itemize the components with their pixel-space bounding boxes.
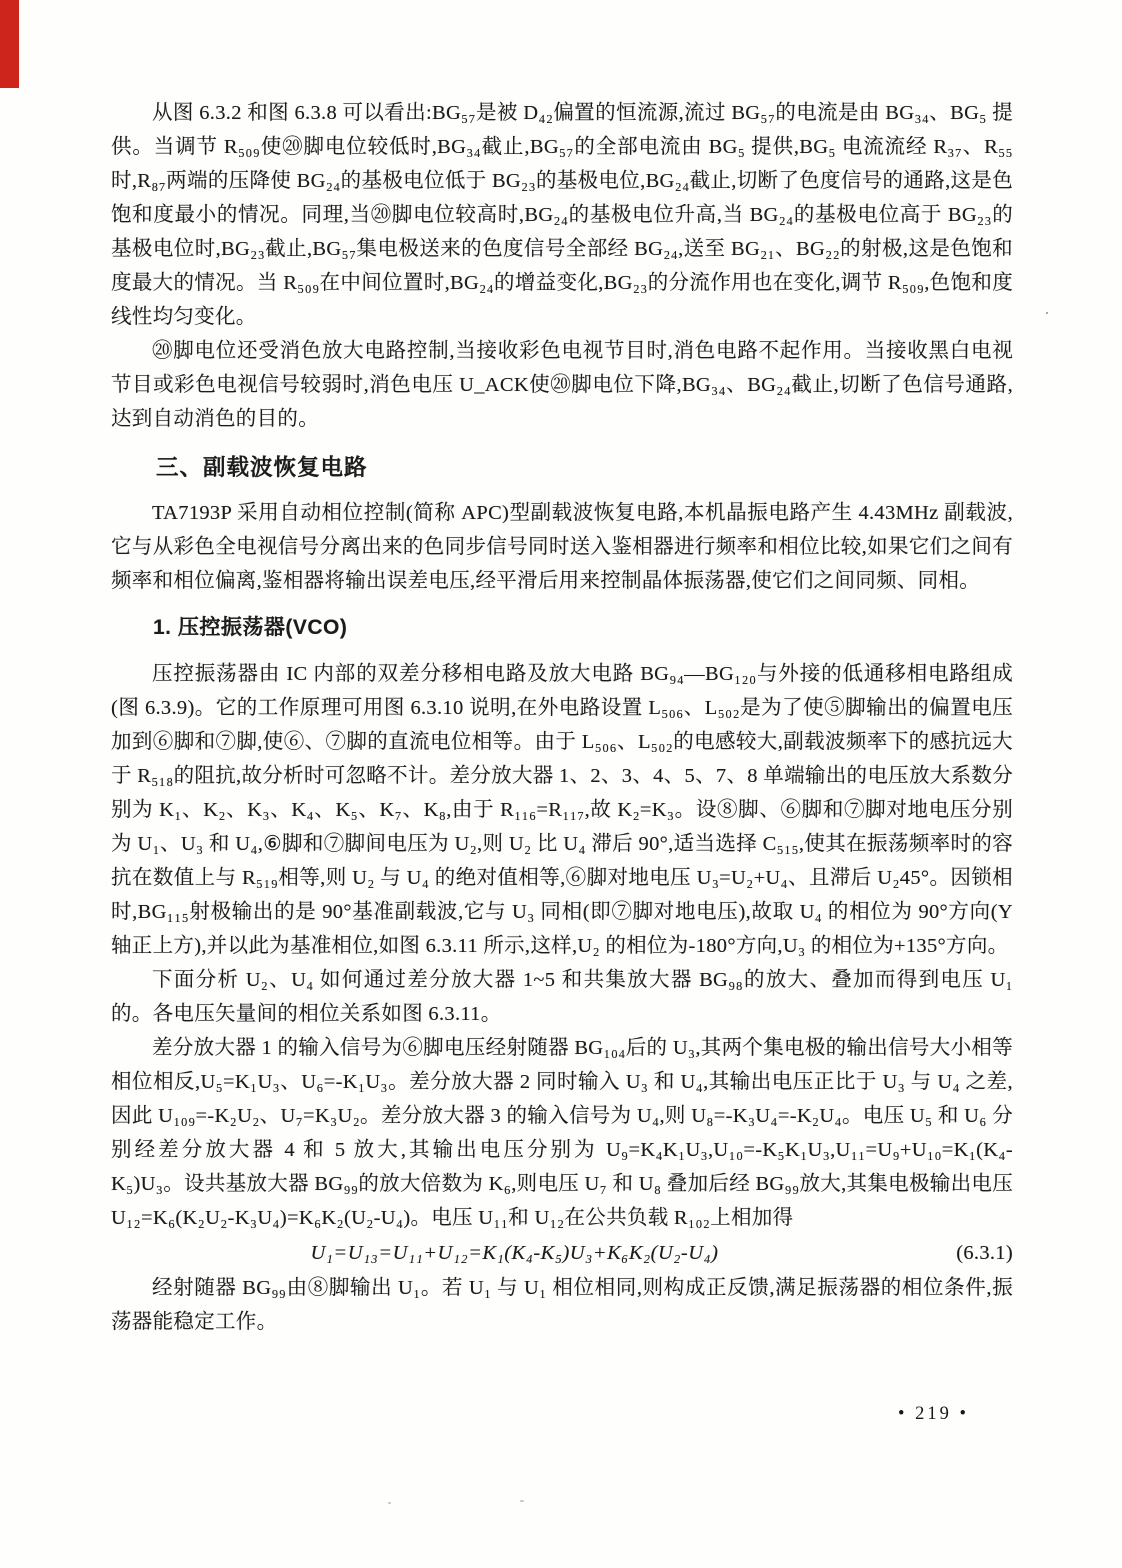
- scan-speckle: [388, 1502, 391, 1504]
- scan-red-mark: [0, 0, 19, 88]
- equation-row: U₁=U₁₃=U₁₁+U₁₂=K₁(K₄-K₅)U₃+K₆K₂(U₂-U₄) (…: [111, 1236, 1013, 1270]
- scan-speckle: [1046, 312, 1048, 314]
- scan-speckle: [520, 1500, 524, 1502]
- equation-6-3-1: U₁=U₁₃=U₁₁+U₁₂=K₁(K₄-K₅)U₃+K₆K₂(U₂-U₄): [111, 1236, 918, 1270]
- subsection-heading-vco: 1. 压控振荡器(VCO): [111, 611, 1013, 645]
- paragraph-saturation-control: 从图 6.3.2 和图 6.3.8 可以看出:BG₅₇是被 D₄₂偏置的恒流源,…: [111, 96, 1013, 334]
- paragraph-apc-overview: TA7193P 采用自动相位控制(简称 APC)型副载波恢复电路,本机晶振电路产…: [111, 496, 1013, 598]
- paragraph-color-killer: ⑳脚电位还受消色放大电路控制,当接收彩色电视节目时,消色电路不起作用。当接收黑白…: [111, 334, 1013, 436]
- section-heading-subcarrier-recovery: 三、副载波恢复电路: [111, 451, 1013, 485]
- page-number: • 219 •: [898, 1404, 969, 1425]
- paragraph-diff-amplifier-analysis: 差分放大器 1 的输入信号为⑥脚电压经射随器 BG₁₀₄后的 U₃,其两个集电极…: [111, 1031, 1013, 1235]
- page-text-column: 从图 6.3.2 和图 6.3.8 可以看出:BG₅₇是被 D₄₂偏置的恒流源,…: [111, 96, 1013, 1339]
- paragraph-vco-principle: 压控振荡器由 IC 内部的双差分移相电路及放大电路 BG₉₄—BG₁₂₀与外接的…: [111, 657, 1013, 963]
- paragraph-vector-analysis-intro: 下面分析 U₂、U₄ 如何通过差分放大器 1~5 和共集放大器 BG₉₈的放大、…: [111, 963, 1013, 1031]
- paragraph-positive-feedback: 经射随器 BG₉₉由⑧脚输出 U₁。若 U₁ 与 U₁ 相位相同,则构成正反馈,…: [111, 1271, 1013, 1339]
- equation-number: (6.3.1): [918, 1236, 1013, 1270]
